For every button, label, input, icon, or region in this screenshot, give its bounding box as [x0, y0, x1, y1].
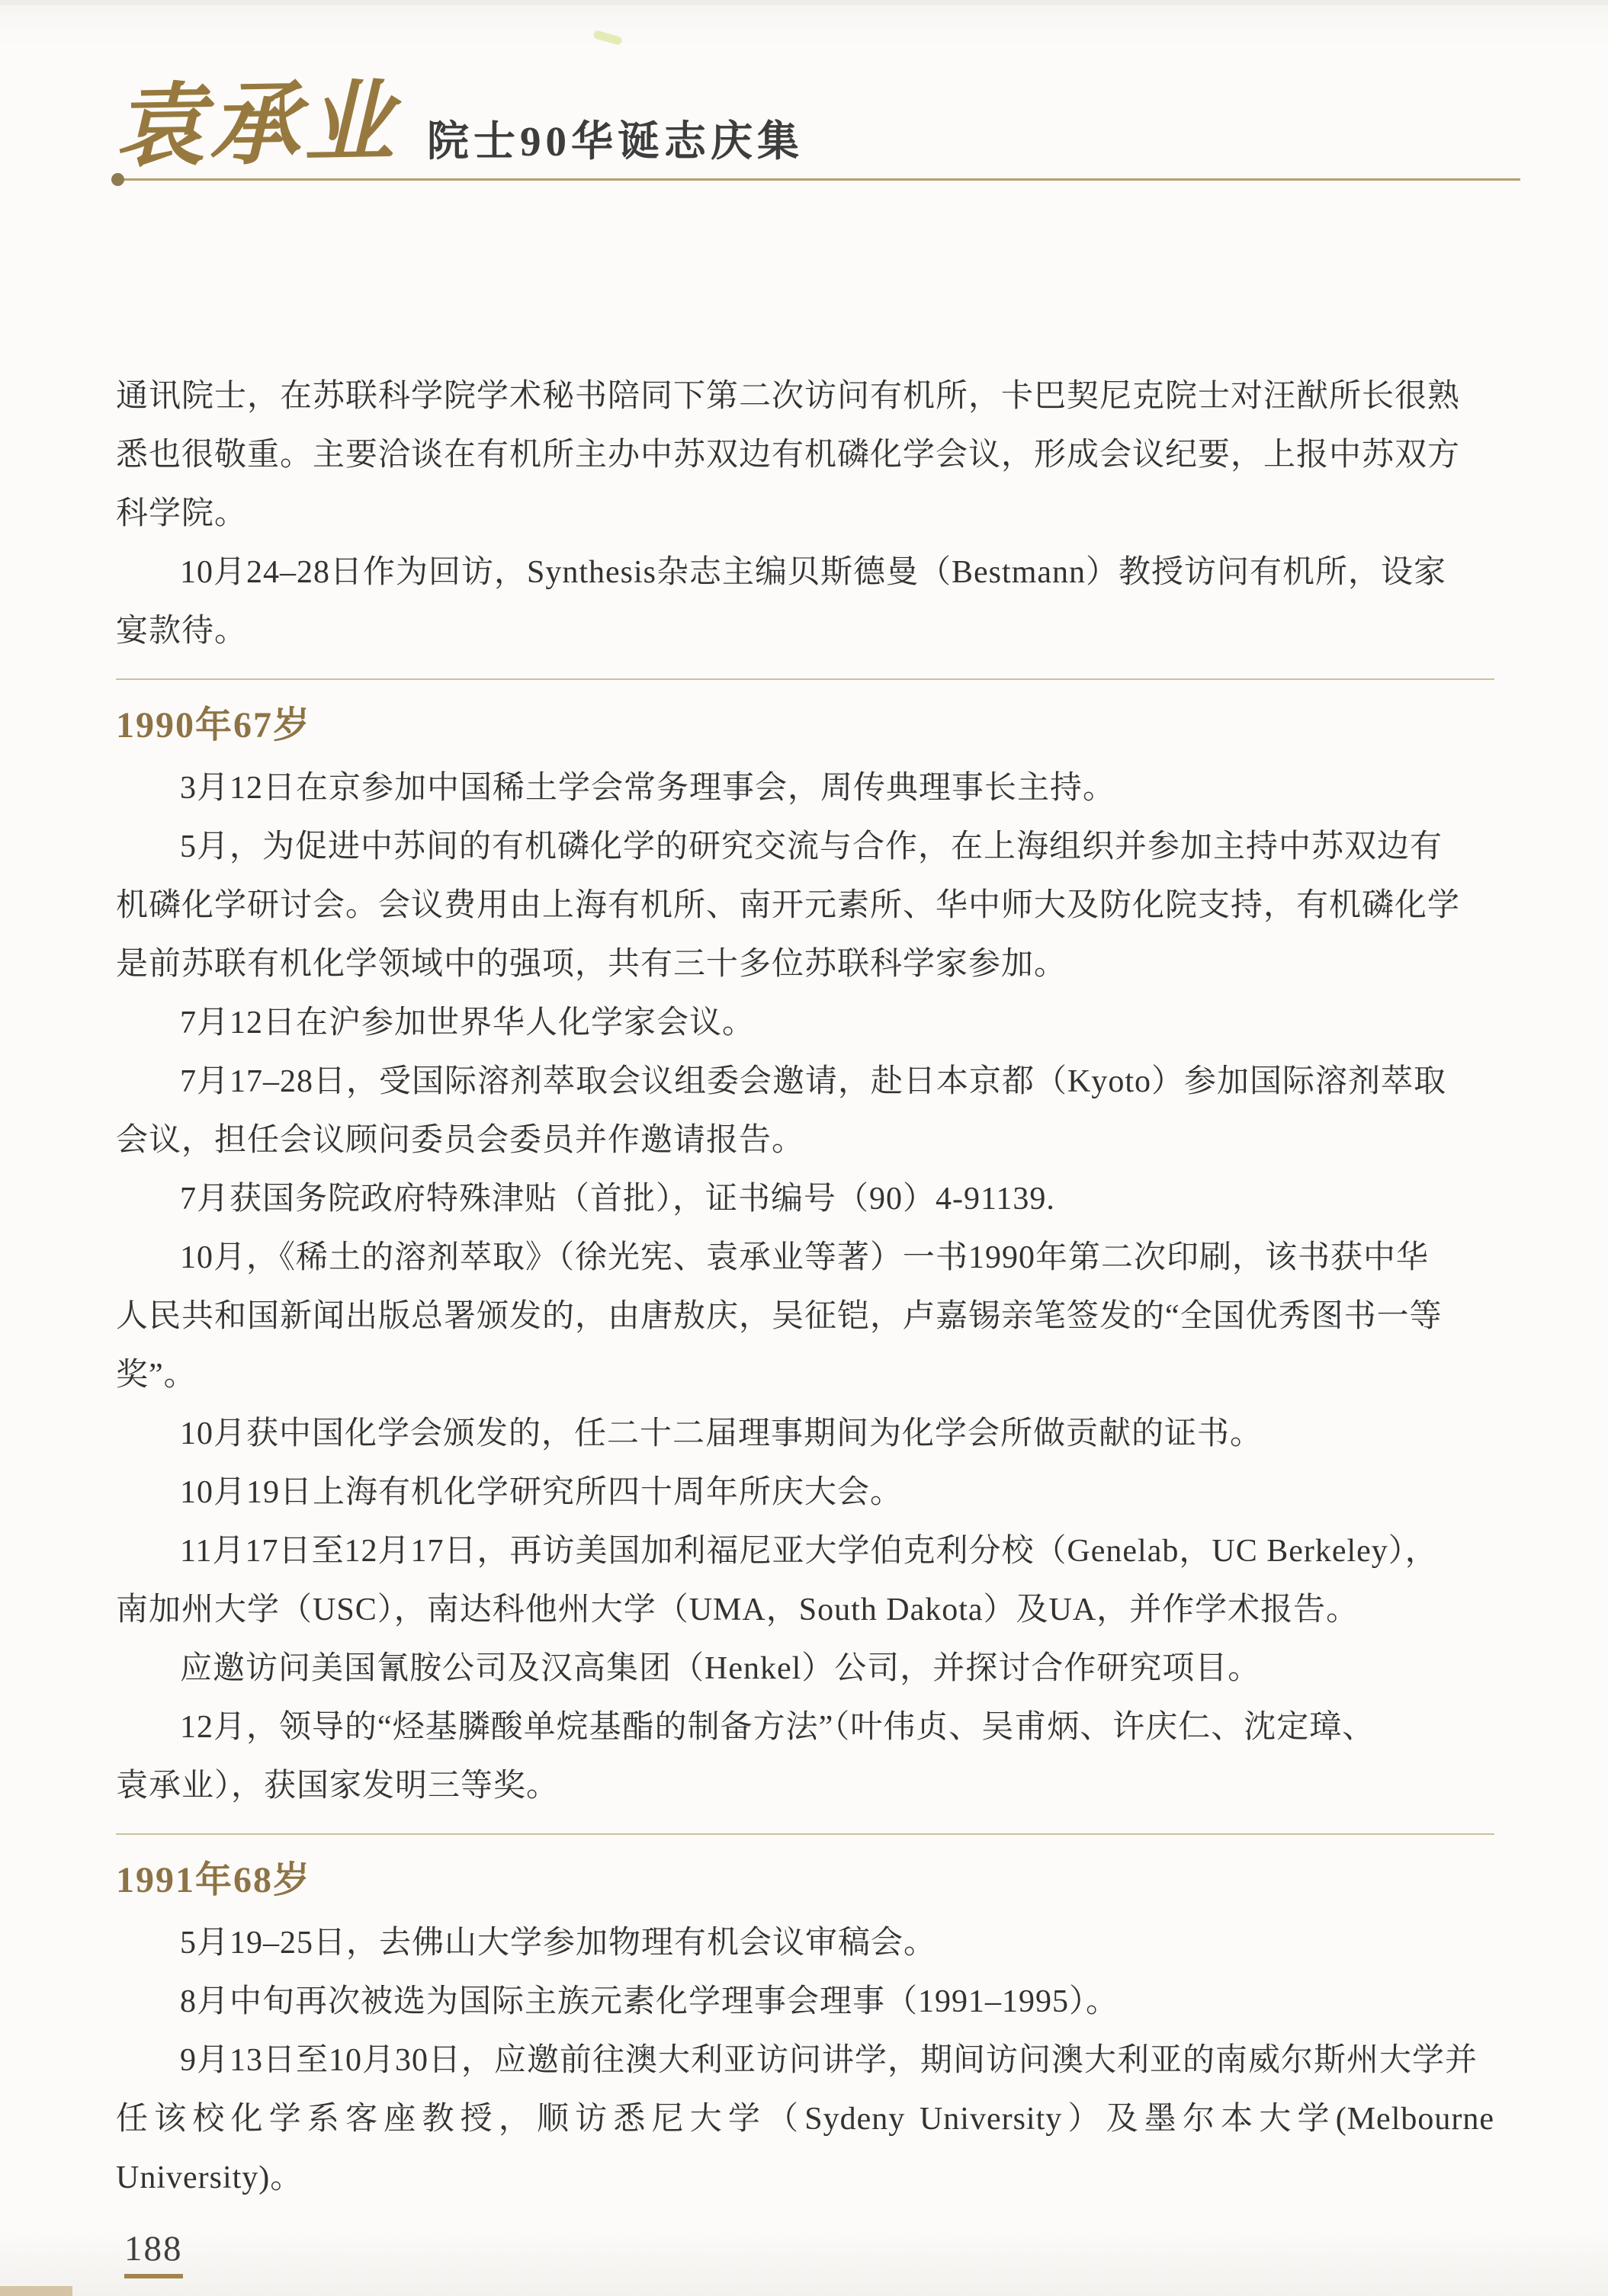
- entry-paragraph: 8月中旬再次被选为国际主族元素化学理事会理事（1991–1995）。: [116, 1973, 1494, 2031]
- scan-edge-top: [0, 0, 1608, 5]
- section-divider-1991: [116, 1833, 1494, 1835]
- book-title-subtitle: 院士90华诞志庆集: [427, 119, 804, 175]
- entry-paragraph: 3月12日在京参加中国稀土学会常务理事会，周传典理事长主持。: [116, 759, 1494, 818]
- entry-paragraph: 10月19日上海有机化学研究所四十周年所庆大会。: [116, 1464, 1494, 1522]
- entry-paragraph: 7月12日在沪参加世界华人化学家会议。: [116, 994, 1494, 1053]
- section-divider-1990: [116, 678, 1494, 680]
- entry-paragraph: 5月19–25日，去佛山大学参加物理有机会议审稿会。: [116, 1914, 1494, 1973]
- intro-paragraph: 10月24–28日作为回访，Synthesis杂志主编贝斯德曼（Bestmann…: [116, 544, 1494, 661]
- year-heading-1990: 1990年67岁: [116, 704, 1494, 747]
- scan-stain-mark: [592, 30, 623, 46]
- author-name-calligraphy: 袁承业: [114, 74, 399, 178]
- page-footer: 188: [124, 2229, 183, 2278]
- continuation-paragraph: 通讯院士，在苏联科学院学术秘书陪同下第二次访问有机所，卡巴契尼克院士对汪猷所长很…: [116, 367, 1494, 544]
- entry-paragraph: 7月获国务院政府特殊津贴（首批），证书编号（90）4-91139.: [116, 1170, 1494, 1229]
- year-heading-1991: 1991年68岁: [116, 1859, 1494, 1902]
- header-rule: [113, 178, 1520, 181]
- book-page-scan: 袁承业 院士90华诞志庆集 通讯院士，在苏联科学院学术秘书陪同下第二次访问有机所…: [0, 0, 1608, 2296]
- entry-paragraph: 10月，《稀土的溶剂萃取》（徐光宪、袁承业等著）一书1990年第二次印刷，该书获…: [116, 1229, 1494, 1405]
- header-rule-dot: [111, 173, 124, 186]
- entry-paragraph: 9月13日至10月30日，应邀前往澳大利亚访问讲学，期间访问澳大利亚的南威尔斯州…: [116, 2031, 1494, 2208]
- page-header: 袁承业 院士90华诞志庆集: [114, 76, 804, 175]
- chronicle-content: 通讯院士，在苏联科学院学术秘书陪同下第二次访问有机所，卡巴契尼克院士对汪猷所长很…: [116, 367, 1494, 2208]
- entry-paragraph: 10月获中国化学会颁发的，任二十二届理事期间为化学会所做贡献的证书。: [116, 1405, 1494, 1464]
- scan-edge-bottom-left: [0, 2286, 72, 2296]
- entry-paragraph: 5月，为促进中苏间的有机磷化学的研究交流与合作，在上海组织并参加主持中苏双边有 …: [116, 818, 1494, 994]
- entry-paragraph: 11月17日至12月17日，再访美国加利福尼亚大学伯克利分校（Genelab，U…: [116, 1522, 1494, 1640]
- entry-paragraph: 应邀访问美国氰胺公司及汉高集团（Henkel）公司，并探讨合作研究项目。: [116, 1640, 1494, 1698]
- entry-paragraph: 7月17–28日，受国际溶剂萃取会议组委会邀请，赴日本京都（Kyoto）参加国际…: [116, 1053, 1494, 1170]
- entry-paragraph: 12月，领导的“烃基膦酸单烷基酯的制备方法”（叶伟贞、吴甫炳、许庆仁、沈定璋、 …: [116, 1698, 1494, 1816]
- page-number: 188: [124, 2229, 183, 2278]
